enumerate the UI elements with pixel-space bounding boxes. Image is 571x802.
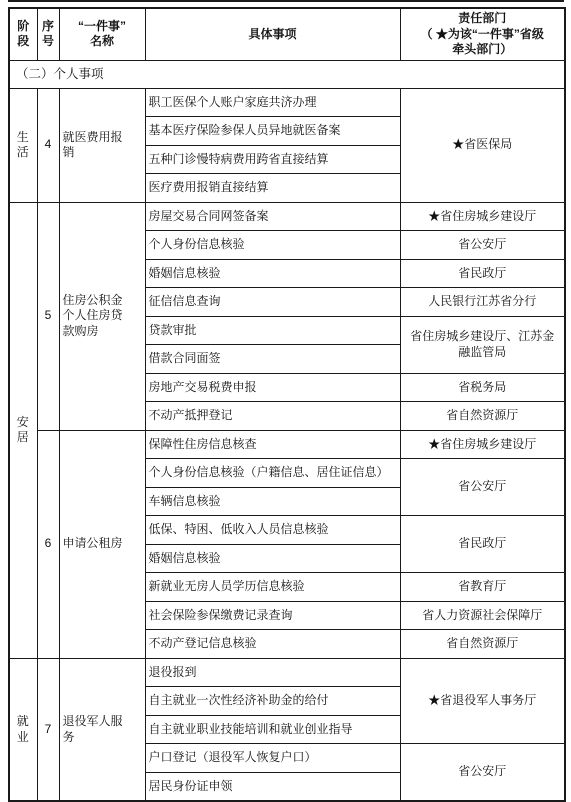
- name-cell: 退役军人服 务: [59, 658, 145, 801]
- dept-cell: 省住房城乡建设厅、江苏金 融监管局: [400, 316, 565, 373]
- item-cell: 借款合同面签: [145, 345, 400, 374]
- table-row: 6申请公租房保障性住房信息核查★省住房城乡建设厅: [9, 430, 565, 459]
- item-cell: 社会保险参保缴费记录查询: [145, 601, 400, 630]
- item-cell: 房屋交易合同网签备案: [145, 202, 400, 231]
- no-cell: 7: [37, 658, 59, 801]
- col-header-stage: 阶 段: [9, 8, 37, 60]
- name-cell: 住房公积金 个人住房贷 款购房: [59, 202, 145, 430]
- no-cell: 5: [37, 202, 59, 430]
- dept-cell: 省自然资源厅: [400, 402, 565, 431]
- item-cell: 退役报到: [145, 658, 400, 687]
- dept-cell: 省公安厅: [400, 744, 565, 802]
- dept-cell: 省税务局: [400, 373, 565, 402]
- item-cell: 自主就业一次性经济补助金的给付: [145, 687, 400, 716]
- dept-cell: ★省住房城乡建设厅: [400, 202, 565, 231]
- dept-cell: ★省医保局: [400, 88, 565, 202]
- item-cell: 五种门诊慢特病费用跨省直接结算: [145, 145, 400, 174]
- dept-cell: 省民政厅: [400, 516, 565, 573]
- dept-cell: ★省住房城乡建设厅: [400, 430, 565, 459]
- item-cell: 婚姻信息核验: [145, 259, 400, 288]
- stage-cell: 安 居: [9, 202, 37, 658]
- name-cell: 申请公租房: [59, 430, 145, 658]
- item-cell: 自主就业职业技能培训和就业创业指导: [145, 715, 400, 744]
- item-cell: 新就业无房人员学历信息核验: [145, 573, 400, 602]
- dept-cell: 省教育厅: [400, 573, 565, 602]
- dept-cell: 省自然资源厅: [400, 630, 565, 659]
- dept-cell: ★省退役军人事务厅: [400, 658, 565, 744]
- item-cell: 基本医疗保险参保人员异地就医备案: [145, 117, 400, 146]
- item-cell: 不动产抵押登记: [145, 402, 400, 431]
- item-cell: 车辆信息核验: [145, 487, 400, 516]
- item-cell: 个人身份信息核验（户籍信息、居住证信息）: [145, 459, 400, 488]
- item-cell: 房地产交易税费申报: [145, 373, 400, 402]
- dept-cell: 省民政厅: [400, 259, 565, 288]
- item-cell: 居民身份证申领: [145, 772, 400, 801]
- item-cell: 个人身份信息核验: [145, 231, 400, 260]
- dept-cell: 省公安厅: [400, 459, 565, 516]
- item-cell: 贷款审批: [145, 316, 400, 345]
- col-header-items: 具体事项: [145, 8, 400, 60]
- dept-cell: 省人力资源社会保障厅: [400, 601, 565, 630]
- table-row: 生 活4就医费用报 销职工医保个人账户家庭共济办理★省医保局: [9, 88, 565, 117]
- section-label: （二）个人事项: [9, 60, 565, 88]
- item-cell: 户口登记（退役军人恢复户口）: [145, 744, 400, 773]
- document-page: { "page": { "background": "#ffffff", "bo…: [0, 0, 571, 786]
- dept-cell: 省公安厅: [400, 231, 565, 260]
- col-header-no: 序 号: [37, 8, 59, 60]
- item-cell: 医疗费用报销直接结算: [145, 174, 400, 203]
- items-table: 阶 段 序 号 “一件事” 名称 具体事项 责任部门 （ ★为该“一件事”省级 …: [8, 7, 566, 802]
- col-header-name: “一件事” 名称: [59, 8, 145, 60]
- no-cell: 6: [37, 430, 59, 658]
- header-row: 阶 段 序 号 “一件事” 名称 具体事项 责任部门 （ ★为该“一件事”省级 …: [9, 8, 565, 60]
- table-row: 就 业7退役军人服 务退役报到★省退役军人事务厅: [9, 658, 565, 687]
- name-cell: 就医费用报 销: [59, 88, 145, 202]
- item-cell: 保障性住房信息核查: [145, 430, 400, 459]
- item-cell: 不动产登记信息核验: [145, 630, 400, 659]
- stage-cell: 生 活: [9, 88, 37, 202]
- no-cell: 4: [37, 88, 59, 202]
- item-cell: 职工医保个人账户家庭共济办理: [145, 88, 400, 117]
- item-cell: 婚姻信息核验: [145, 544, 400, 573]
- stage-cell: 就 业: [9, 658, 37, 801]
- dept-cell: 人民银行江苏省分行: [400, 288, 565, 317]
- item-cell: 低保、特困、低收入人员信息核验: [145, 516, 400, 545]
- col-header-dept: 责任部门 （ ★为该“一件事”省级 牵头部门）: [400, 8, 565, 60]
- item-cell: 征信信息查询: [145, 288, 400, 317]
- table-row: 安 居5住房公积金 个人住房贷 款购房房屋交易合同网签备案★省住房城乡建设厅: [9, 202, 565, 231]
- top-divider: [8, 0, 564, 2]
- section-header-row: （二）个人事项: [9, 60, 565, 88]
